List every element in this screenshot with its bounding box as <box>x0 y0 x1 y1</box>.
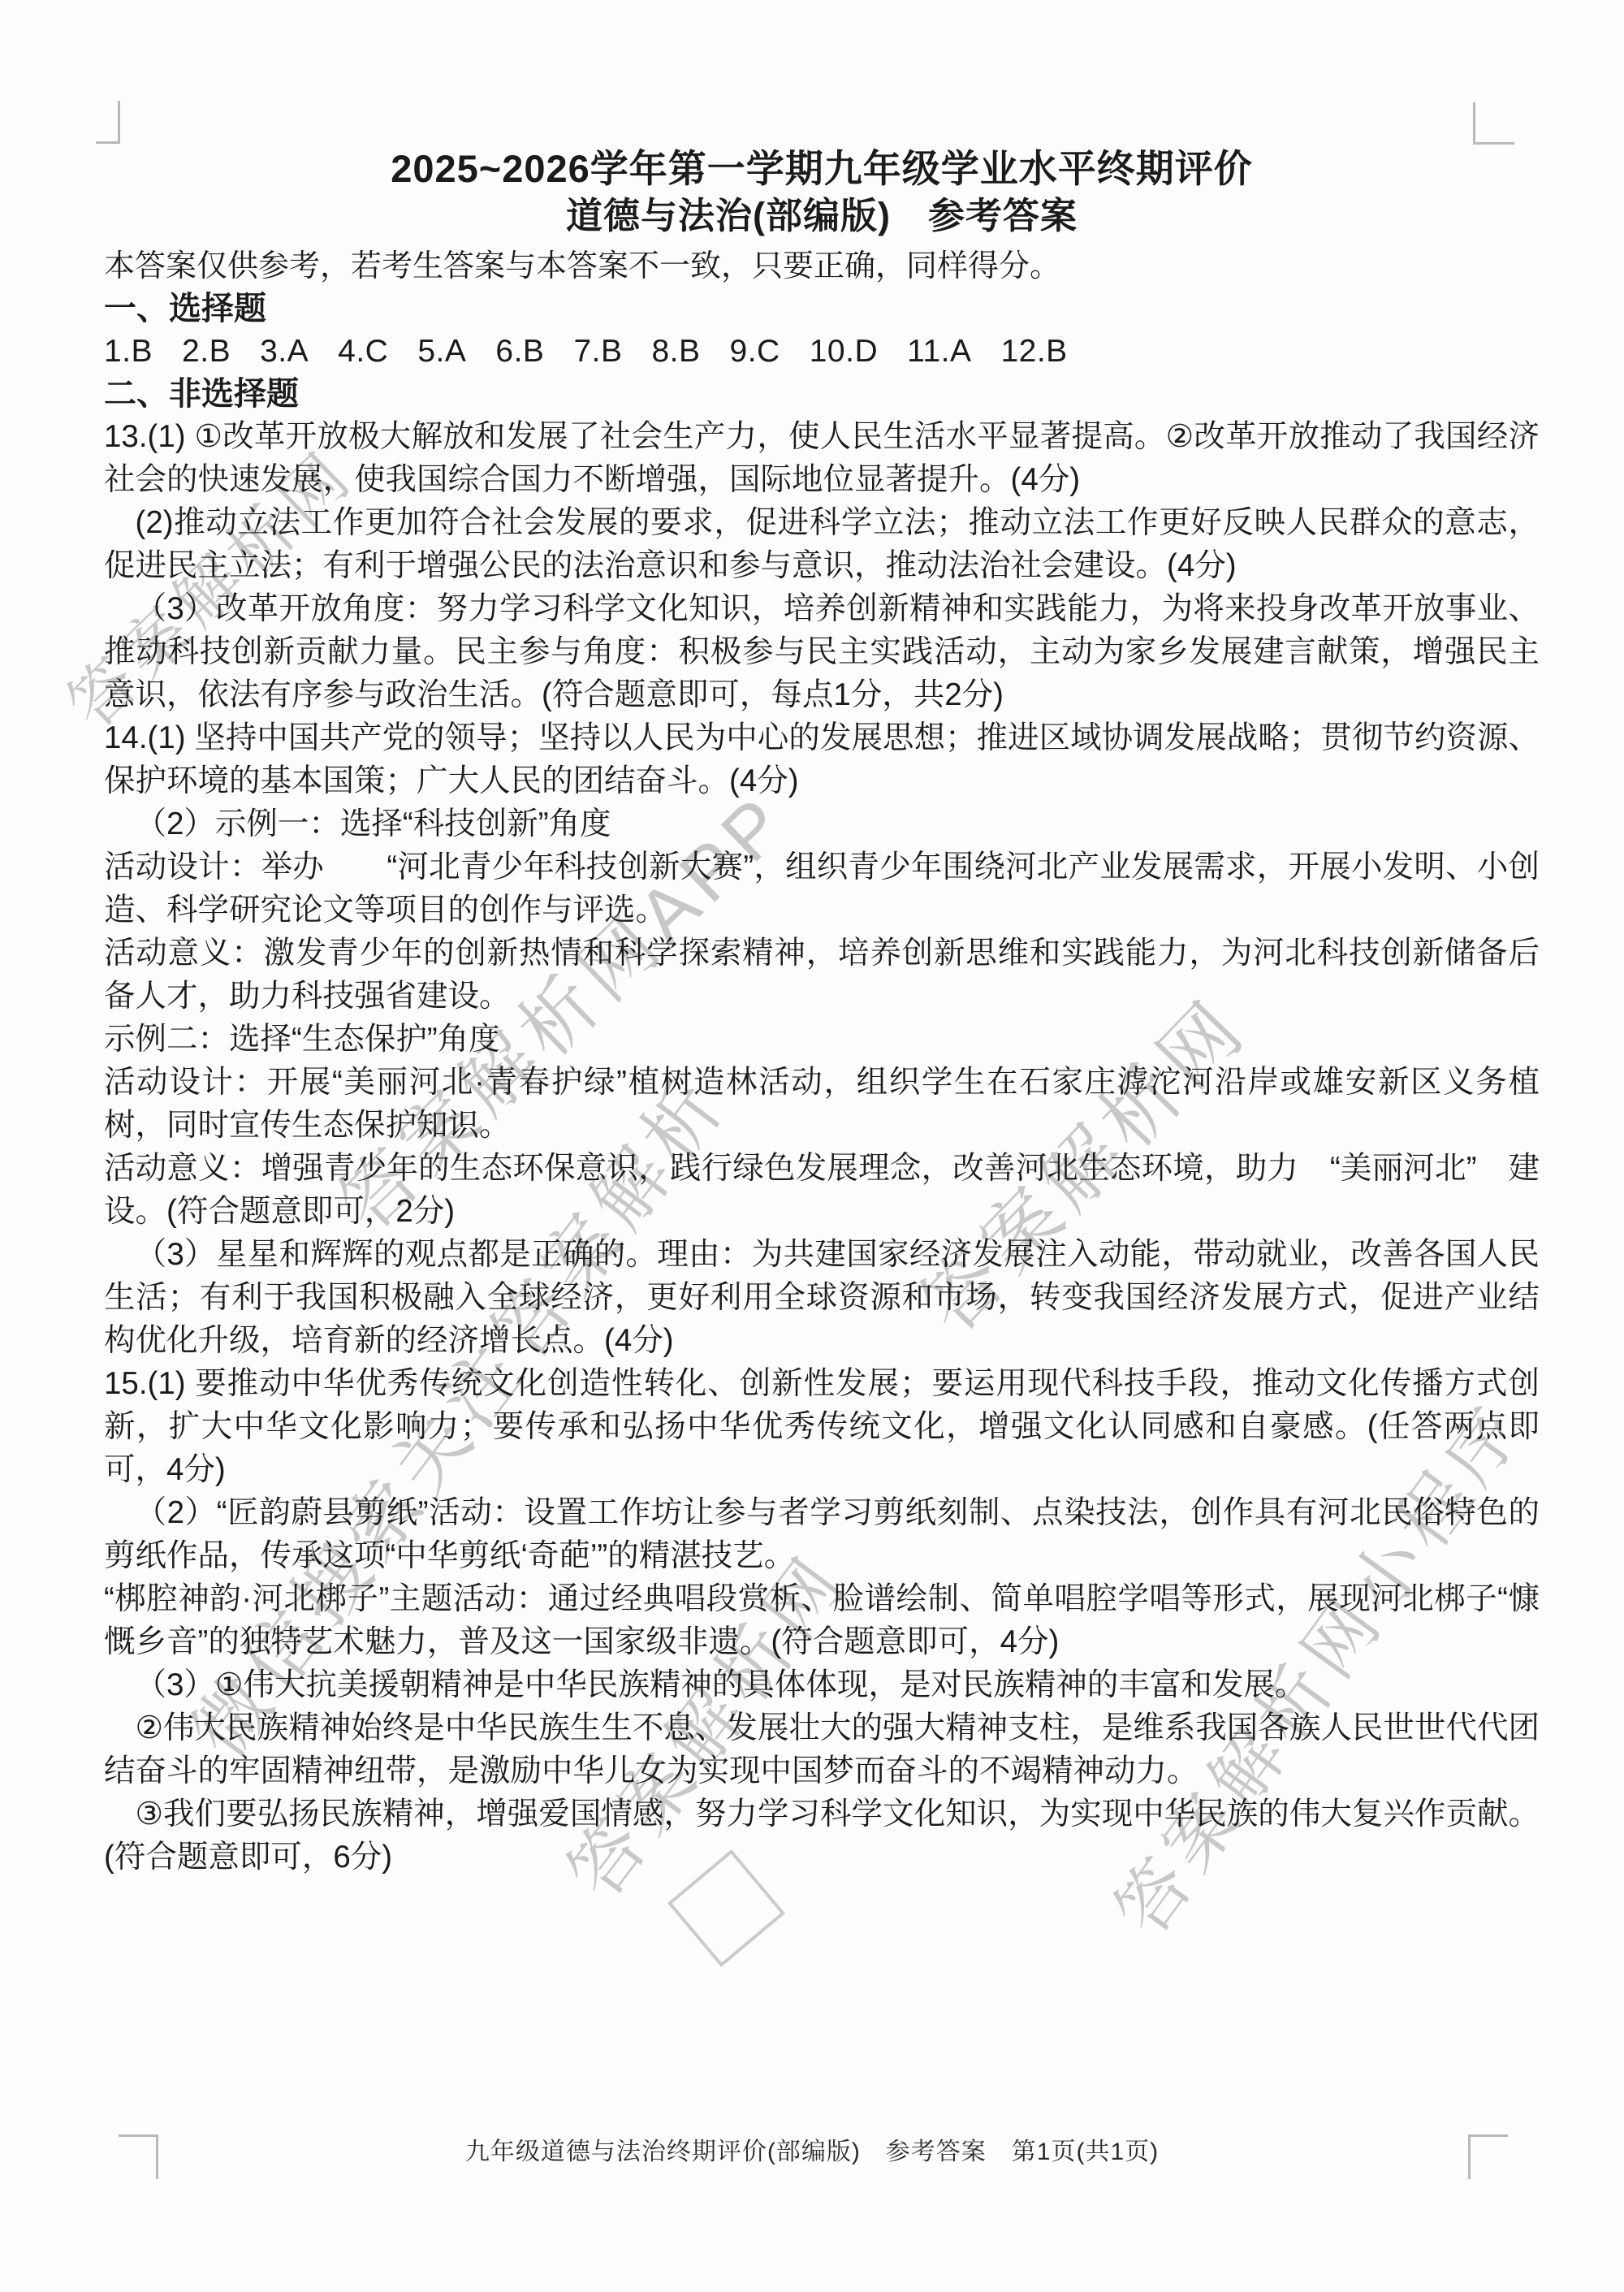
choice-answer-item: 11.A <box>907 334 971 369</box>
choice-answer-item: 4.C <box>338 334 388 369</box>
choice-answer-item: 8.B <box>651 334 700 369</box>
answer-paragraph: （3）①伟大抗美援朝精神是中华民族精神的具体体现，是对民族精神的丰富和发展。 <box>104 1663 1540 1706</box>
page-footer: 九年级道德与法治终期评价(部编版) 参考答案 第1页(共1页) <box>0 2131 1624 2167</box>
answer-paragraph: 13.(1) ①改革开放极大解放和发展了社会生产力，使人民生活水平显著提高。②改… <box>104 415 1540 501</box>
choice-answer-item: 3.A <box>260 334 309 369</box>
choice-answers-row: 1.B2.B3.A4.C5.A6.B7.B8.B9.C10.D11.A12.B <box>104 330 1540 373</box>
page-title-line1: 2025~2026学年第一学期九年级学业水平终期评价 <box>104 145 1540 193</box>
corner-mark-top-left <box>96 101 120 144</box>
document-content: 2025~2026学年第一学期九年级学业水平终期评价 道德与法治(部编版) 参考… <box>104 145 1540 1879</box>
answer-paragraph: （2）“匠韵蔚县剪纸”活动：设置工作坊让参与者学习剪纸刻制、点染技法，创作具有河… <box>104 1491 1540 1577</box>
answer-paragraph: 活动设计：开展“美丽河北·青春护绿”植树造林活动，组织学生在石家庄滹沱河沿岸或雄… <box>104 1061 1540 1147</box>
answer-paragraph: （3）改革开放角度：努力学习科学文化知识，培养创新精神和实践能力，为将来投身改革… <box>104 587 1540 716</box>
choice-answer-item: 12.B <box>1000 334 1067 369</box>
choice-answer-item: 2.B <box>182 334 231 369</box>
answer-paragraph: 示例二：选择“生态保护”角度 <box>104 1018 1540 1061</box>
choice-answer-item: 9.C <box>730 334 780 369</box>
grading-note: 本答案仅供参考，若考生答案与本答案不一致，只要正确，同样得分。 <box>104 245 1540 288</box>
answer-paragraph: “梆腔神韵·河北梆子”主题活动：通过经典唱段赏析、脸谱绘制、简单唱腔学唱等形式，… <box>104 1577 1540 1663</box>
answer-paragraph: （2）示例一：选择“科技创新”角度 <box>104 802 1540 845</box>
answer-paragraph: 14.(1) 坚持中国共产党的领导；坚持以人民为中心的发展思想；推进区域协调发展… <box>104 716 1540 802</box>
answer-paragraph: 活动意义：增强青少年的生态环保意识，践行绿色发展理念，改善河北生态环境，助力 “… <box>104 1147 1540 1233</box>
answer-paragraph: 15.(1) 要推动中华优秀传统文化创造性转化、创新性发展；要运用现代科技手段，… <box>104 1362 1540 1491</box>
answer-paragraphs: 13.(1) ①改革开放极大解放和发展了社会生产力，使人民生活水平显著提高。②改… <box>104 415 1540 1879</box>
choice-answer-item: 5.A <box>417 334 466 369</box>
choice-answer-item: 7.B <box>573 334 622 369</box>
answer-paragraph: ②伟大民族精神始终是中华民族生生不息、发展壮大的强大精神支柱，是维系我国各族人民… <box>104 1706 1540 1793</box>
corner-mark-top-right <box>1473 102 1514 145</box>
answer-sheet-page: 答案解析网答案解析网APP答案解析网微信搜索关注答案解析答案解析网答案解析网小程… <box>0 0 1624 2292</box>
section-heading-nonchoice: 二、非选择题 <box>104 373 1540 415</box>
choice-answer-item: 10.D <box>810 334 878 369</box>
choice-answer-item: 1.B <box>104 334 153 369</box>
section-heading-choice: 一、选择题 <box>104 288 1540 330</box>
answer-paragraph: ③我们要弘扬民族精神，增强爱国情感，努力学习科学文化知识，为实现中华民族的伟大复… <box>104 1793 1540 1879</box>
page-title-line2: 道德与法治(部编版) 参考答案 <box>104 193 1540 239</box>
answer-paragraph: (2)推动立法工作更加符合社会发展的要求，促进科学立法；推动立法工作更好反映人民… <box>104 501 1540 587</box>
choice-answer-item: 6.B <box>495 334 544 369</box>
answer-paragraph: （3）星星和辉辉的观点都是正确的。理由：为共建国家经济发展注入动能，带动就业，改… <box>104 1233 1540 1362</box>
answer-paragraph: 活动设计：举办 “河北青少年科技创新大赛”，组织青少年围绕河北产业发展需求，开展… <box>104 845 1540 932</box>
answer-paragraph: 活动意义：激发青少年的创新热情和科学探索精神，培养创新思维和实践能力，为河北科技… <box>104 932 1540 1018</box>
